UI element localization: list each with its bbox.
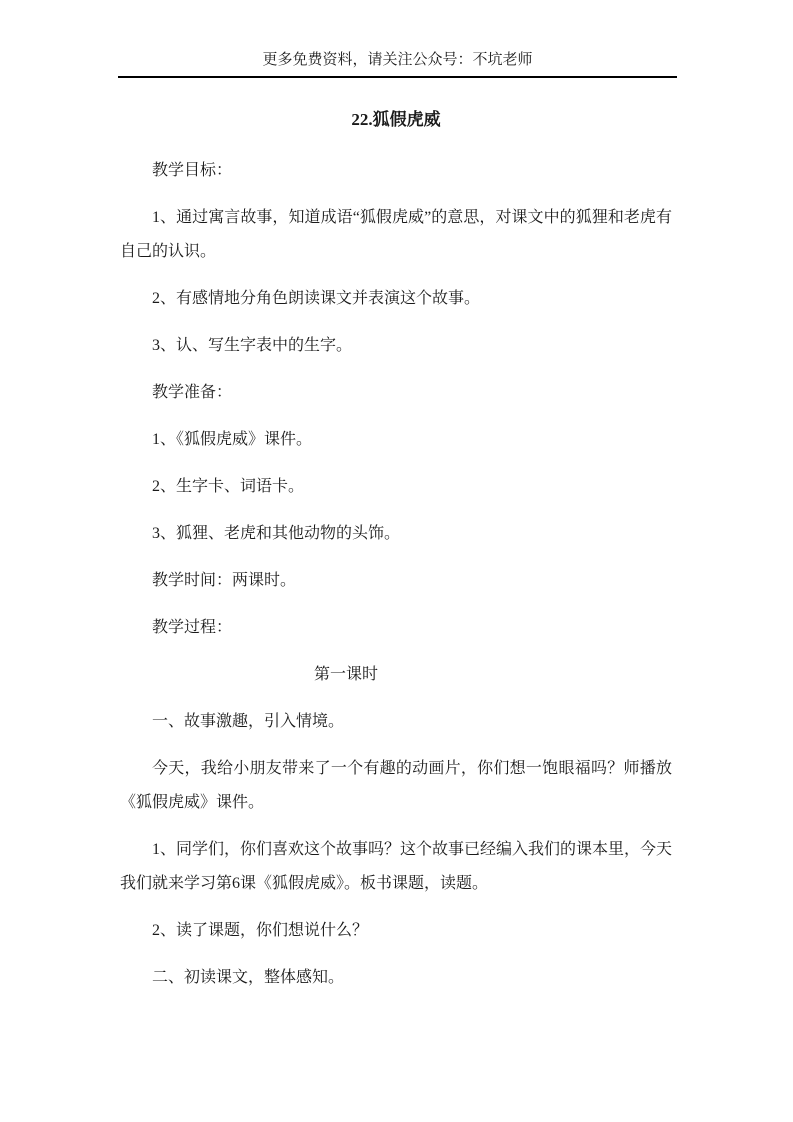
section-1-heading: 一、故事激趣，引入情境。 [120,705,672,739]
teaching-objectives-heading: 教学目标： [120,154,672,188]
document-content: 22.狐假虎威 教学目标： 1、通过寓言故事，知道成语“狐假虎威”的意思，对课文… [120,103,672,1008]
teaching-process-heading: 教学过程： [120,611,672,645]
document-title: 22.狐假虎威 [120,103,672,137]
header-rule [118,76,677,78]
preparation-2: 2、生字卡、词语卡。 [120,470,672,504]
objective-3: 3、认、写生字表中的生字。 [120,329,672,363]
preparation-3: 3、狐狸、老虎和其他动物的头饰。 [120,517,672,551]
preparation-1: 1、《狐假虎威》课件。 [120,423,672,457]
header-text: 更多免费资料，请关注公众号：不坑老师 [262,52,532,68]
section-1-intro: 今天，我给小朋友带来了一个有趣的动画片，你们想一饱眼福吗？师播放《狐假虎威》课件… [120,752,672,820]
section-1-step-1: 1、同学们，你们喜欢这个故事吗？这个故事已经编入我们的课本里，今天我们就来学习第… [120,833,672,901]
objective-2: 2、有感情地分角色朗读课文并表演这个故事。 [120,282,672,316]
teaching-preparation-heading: 教学准备： [120,376,672,410]
document-page: 更多免费资料，请关注公众号：不坑老师 22.狐假虎威 教学目标： 1、通过寓言故… [0,0,793,1122]
page-header: 更多免费资料，请关注公众号：不坑老师 [118,50,677,70]
teaching-time: 教学时间：两课时。 [120,564,672,598]
objective-1: 1、通过寓言故事，知道成语“狐假虎威”的意思，对课文中的狐狸和老虎有自己的认识。 [120,201,672,269]
lesson-1-heading: 第一课时 [120,658,672,692]
section-1-step-2: 2、读了课题，你们想说什么？ [120,914,672,948]
section-2-heading: 二、初读课文，整体感知。 [120,961,672,995]
